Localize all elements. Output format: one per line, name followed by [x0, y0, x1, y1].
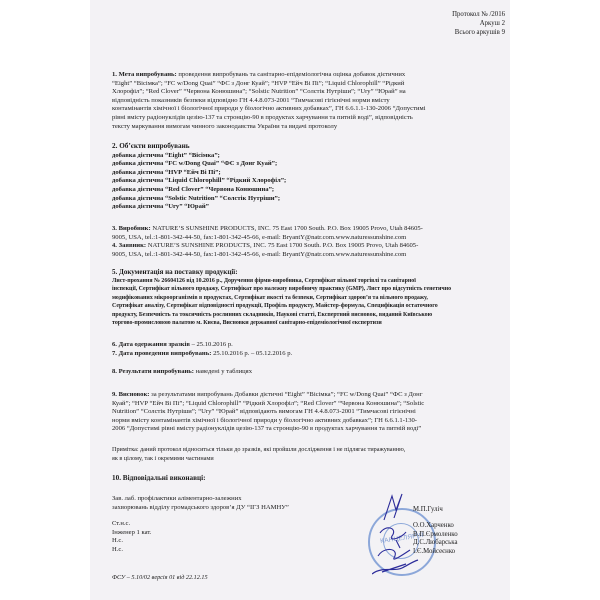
head-position-line: захворювань відділу громадського здоров’… — [112, 504, 289, 513]
section-testing-dates: 7. Дата проведення випробувань: 25.10.20… — [112, 350, 292, 359]
object-item: добавка дієтична “Solstic Nutrition” “Со… — [112, 195, 286, 204]
signer-names: М.П.Гуліч О.О.Харченко В.П.Єрмоленко Д.С… — [413, 506, 458, 557]
section-title: 9. Висновок: — [112, 391, 149, 398]
section-samples-date: 6. Дата одержання зразків – 25.10.2016 р… — [112, 341, 233, 350]
text-line: Nutrition” “Солстік Нутріши”; “Ury” “Юра… — [112, 408, 416, 417]
text-line: за результатами випробувань Добавки дієт… — [151, 391, 422, 398]
signer-name: В.П.Єрмоленко — [413, 531, 458, 540]
section-title: 4. Заявник: — [112, 242, 146, 249]
text-line: відповідність показників безпеки відпові… — [112, 97, 390, 106]
text-line: Сертифікат аналізу, Сертифікат відповідн… — [112, 302, 438, 310]
section-title: 8. Результати випробувань: — [112, 368, 194, 375]
section-title: 6. Дата одержання зразків — [112, 341, 190, 348]
position-title: Н.с. — [112, 537, 289, 546]
text-line: контамінантів хімічної і біологічної при… — [112, 105, 426, 114]
text-line: тексту маркування вимогам чинного законо… — [112, 123, 337, 132]
position-title: Ст.н.с. — [112, 520, 289, 529]
section-title: 5. Документація на поставку продукції: — [112, 268, 238, 277]
protocol-number: Протокол № /2016 — [452, 11, 505, 20]
text-line: “Eight” “Вісімка”; “FC w/Dong Quai” “ФС … — [112, 80, 404, 89]
text-line: 9005, USA, tel.:1-801-342-44-50, fax:1-8… — [112, 251, 406, 260]
text-line: продукту, Безпечність та токсичність рос… — [112, 311, 432, 319]
section-title: 3. Виробник: — [112, 225, 151, 232]
section-objects: 2. Об’єкти випробувань добавка дієтична … — [112, 142, 286, 212]
form-code: ФСУ – 5.10/02 версія 01 від 22.12.15 — [112, 574, 208, 583]
text-line: NATURE’S SUNSHINE PRODUCTS, INC. 75 East… — [152, 225, 423, 232]
head-position-line: Зав. лаб. профілактики аліментарно-залеж… — [112, 495, 289, 504]
text-line: Хлорофіл”; “Red Clover” “Червона Конюшин… — [112, 88, 406, 97]
text-line: NATURE’S SUNSHINE PRODUCTS, INC. 75 East… — [148, 242, 419, 249]
text-line: інспекції, Сертифікат вільного продажу, … — [112, 285, 451, 293]
section-title: 2. Об’єкти випробувань — [112, 142, 286, 151]
text-line: Примітка: даний протокол відноситься тіл… — [112, 446, 405, 455]
text-line: як в цілому, так і окремими частинами — [112, 455, 214, 464]
testing-dates-value: 25.10.2016 р. – 05.12.2016 р. — [213, 350, 292, 357]
total-sheets: Всього аркушів 9 — [452, 29, 505, 38]
signer-name: Д.С.Любарська — [413, 539, 458, 548]
text-line: проведення випробувань та санітарно-епід… — [178, 71, 405, 78]
signer-name: І.Є.Мойсеєнко — [413, 548, 458, 557]
object-item: добавка дієтична “Liquid Chlorophill” “Р… — [112, 177, 286, 186]
section-title: 1. Мета випробувань: — [112, 71, 177, 78]
text-line: 2006 “Допустимі рівні вмісту радіонуклід… — [112, 425, 421, 434]
object-item: добавка дієтична “FC w/Dong Quai” “ФС з … — [112, 160, 286, 169]
text-line: 9005, USA, tel.:1-801-342-44-50, fax:1-8… — [112, 234, 406, 243]
text-line: норми вмісту контамінантів хімічної і бі… — [112, 417, 417, 426]
position-title: Н.с. — [112, 546, 289, 555]
text-line: рівні вмісту радіонуклідів цезію-137 та … — [112, 114, 413, 123]
protocol-header: Протокол № /2016 Аркуш 2 Всього аркушів … — [452, 11, 505, 37]
text-line: торгово-промисловою палатою м. Києва, Ви… — [112, 319, 382, 327]
object-item: добавка дієтична “Ury” “Юрай” — [112, 203, 286, 212]
text-line: Лист-прохання № 26604126 від 10.2016 р.,… — [112, 277, 416, 285]
object-item: добавка дієтична “Eight” “Вісімка”; — [112, 152, 286, 161]
section-title: 10. Відповідальні виконавці: — [112, 474, 206, 483]
sheet-number: Аркуш 2 — [452, 20, 505, 29]
head-name: М.П.Гуліч — [413, 506, 458, 515]
section-title: 7. Дата проведення випробувань: — [112, 350, 211, 357]
results-value: наведені у таблицях — [196, 368, 252, 375]
object-item: добавка дієтична “HVP “Ейч Ві Пі”; — [112, 169, 286, 178]
text-line: Куай”; “HVP “Ейч Ві Пі”; “Liquid Chlorop… — [112, 400, 424, 409]
text-line: модифікованих мікроорганізмів в продукта… — [112, 294, 428, 302]
object-item: добавка дієтична “Red Clover” “Червона К… — [112, 186, 286, 195]
signer-name: О.О.Харченко — [413, 522, 458, 531]
signer-positions: Зав. лаб. профілактики аліментарно-залеж… — [112, 495, 289, 555]
samples-date-value: – 25.10.2016 р. — [192, 341, 233, 348]
position-title: Інженер 1 кат. — [112, 529, 289, 538]
section-results: 8. Результати випробувань: наведені у та… — [112, 368, 252, 377]
